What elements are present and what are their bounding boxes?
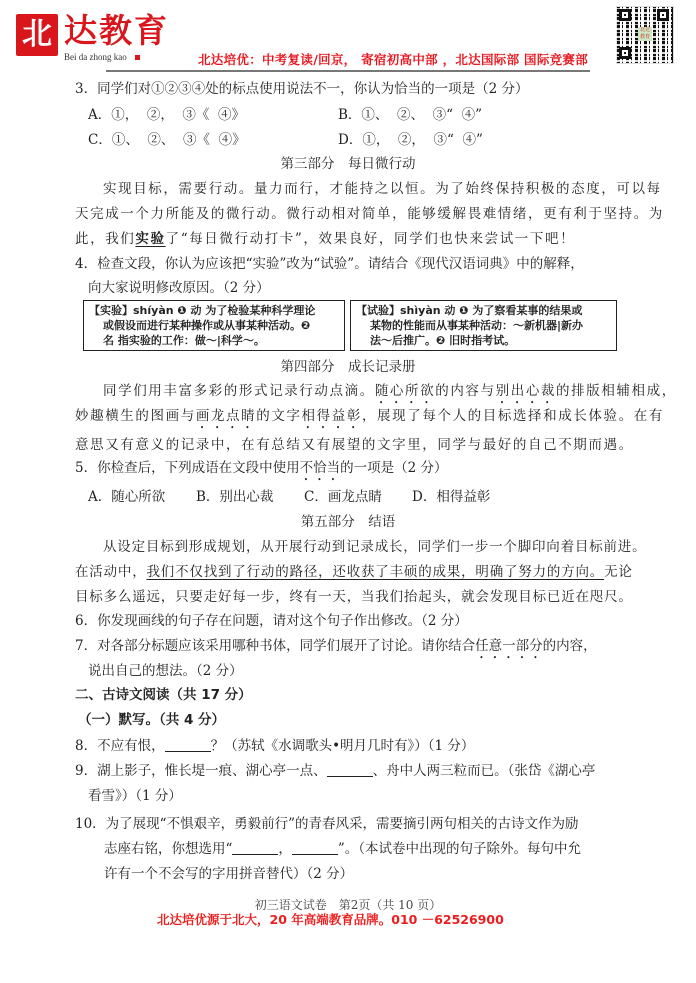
dotted-phrase: 不恰当 <box>300 460 341 476</box>
option-label: A． <box>88 107 111 123</box>
question-9-line: 看雪》）（1 分） <box>88 787 182 805</box>
part-3-para-line: 实现目标，需要行动。量力而行，才能持之以恒。为了始终保持积极的态度，可以每 <box>103 180 662 198</box>
answer-blank[interactable] <box>292 841 338 855</box>
q5-option-b: B．别出心裁 <box>196 488 304 506</box>
qr-finder-icon <box>619 9 631 21</box>
part-4-para-line: 同学们用丰富多彩的形式记录行动点滴。随心所欲的内容与别出心裁的排版相辅相成， <box>103 382 677 407</box>
text-segment: 的排版相辅相成， <box>556 383 677 399</box>
q5-options: A．随心所欲B．别出心裁C．画龙点睛D．相得益彰 <box>88 488 490 506</box>
question-10-line: 许有一个不会写的字用拼音替代）（2 分） <box>104 865 353 883</box>
question-7-line: 7．对各部分标题应该采用哪种书体，同学们展开了讨论。请你结合任意一部分的内容， <box>75 637 597 662</box>
logo-subtitle-text: Bei da zhong kao <box>64 52 127 62</box>
option-label: D． <box>412 489 436 505</box>
q3-option-d: D．①， ②， ③“ ④” <box>338 131 483 149</box>
dict-line: 【实验】shíyàn ❶ 动 为了检验某种科学理论 <box>89 303 339 318</box>
part-4-para-line: 妙趣横生的图画与画龙点睛的文字相得益彰，展现了每个人的目标选择和成长体验。在有 <box>75 407 664 432</box>
answer-blank[interactable] <box>232 841 278 855</box>
question-10-line: 10．为了展现“不惧艰辛，勇毅前行”的青春风采，需要摘引两句相关的古诗文作为励 <box>75 815 578 833</box>
part-4-title: 第四部分 成长记录册 <box>0 358 696 376</box>
question-8: 8．不应有恨，？（苏轼《水调歌头•明月几时有》）（1 分） <box>75 737 474 755</box>
brand-logo-subtitle: Bei da zhong kao <box>64 52 140 62</box>
option-text: ①、 ②、 ③“ ④” <box>361 107 482 123</box>
qr-finder-icon <box>619 47 631 59</box>
question-10-line: 志座右铭，你想选用“，”。（本试卷中出现的句子除外。每句中允 <box>104 840 581 858</box>
answer-blank[interactable] <box>165 738 211 752</box>
dotted-phrase: 任意一部分 <box>475 638 543 654</box>
dict-line: 【试验】shìyàn 动 ❶ 为了察看某事的结果或 <box>356 303 611 318</box>
part-3-para-line: 此，我们实验了“每日微行动打卡”，效果良好，同学们也快来尝试一下吧！ <box>75 230 575 248</box>
part-4-para-line: 意思又有意义的记录中，在有总结又有展望的文字里，同学与最好的自己不期而遇。 <box>75 436 634 454</box>
option-text: 相得益彰 <box>436 489 490 505</box>
brand-logo-mark: 北 <box>16 14 58 56</box>
option-text: ①， ②， ③“ ④” <box>362 132 483 148</box>
q3-option-a: A．①， ②， ③《 ④》 <box>88 106 245 124</box>
part-5-para-line: 在活动中，我们不仅找到了行动的路径，还收获了丰硕的成果，明确了努力的方向。无论 <box>75 563 633 581</box>
answer-blank[interactable] <box>327 763 373 777</box>
part-3-title: 第三部分 每日微行动 <box>0 155 696 173</box>
option-text: 画龙点睛 <box>328 489 382 505</box>
option-label: B． <box>196 489 219 505</box>
question-9-line: 9．湖上影子，惟长堤一痕、湖心亭一点、、舟中人两三粒而已。（张岱《湖心亭 <box>75 762 595 780</box>
dotted-idiom: 相得益彰 <box>302 408 362 424</box>
text-segment: 8．不应有恨， <box>75 738 165 754</box>
header-divider <box>106 70 590 72</box>
text-segment: 志座右铭，你想选用“ <box>104 841 232 857</box>
text-segment: 的内容与 <box>435 383 495 399</box>
option-text: 随心所欲 <box>111 489 165 505</box>
text-segment: 无论 <box>604 564 633 580</box>
option-label: A． <box>88 489 111 505</box>
option-label: D． <box>338 132 362 148</box>
part-5-title: 第五部分 结语 <box>0 513 696 531</box>
text-segment: ”。（本试卷中出现的句子除外。每句中允 <box>338 841 581 857</box>
option-label: B． <box>338 107 361 123</box>
text-segment: 的文字 <box>256 408 301 424</box>
text-segment: ， <box>278 841 292 857</box>
underlined-sentence: 我们不仅找到了行动的路径，还收获了丰硕的成果，明确了努力的方向。 <box>147 564 605 580</box>
text-segment: 5．你检查后，下列成语在文段中使用 <box>75 460 300 476</box>
section-2-subtitle: （一）默写。（共 4 分） <box>78 711 225 729</box>
footer-advertisement: 北达培优源于北大，20 年高端教育品牌。010 －62526900 <box>157 910 504 928</box>
part-5-para-line: 目标多么遥远，只要走好每一步，终有一天，当我们抬起头，就会发现目标已近在咫尺。 <box>75 588 633 606</box>
dictionary-entry-shiyan-experiment: 【实验】shíyàn ❶ 动 为了检验某种科学理论 或假设而进行某种操作或从事某… <box>83 300 345 351</box>
brand-logo-text: 达教育 <box>64 12 169 50</box>
qr-center-logo: 北达教育 <box>638 27 652 41</box>
section-2-title: 二、古诗文阅读（共 17 分） <box>75 686 252 704</box>
text-segment: ？（苏轼《水调歌头•明月几时有》）（1 分） <box>211 738 475 754</box>
option-text: ①、 ②、 ③《 ④》 <box>112 132 246 148</box>
text-segment: ，展现了每个人的目标选择和成长体验。在有 <box>362 408 664 424</box>
text-segment: 此，我们 <box>75 231 135 247</box>
q3-option-b: B．①、 ②、 ③“ ④” <box>338 106 482 124</box>
part-3-para-line: 天完成一个力所能及的微行动。微行动相对简单，能够缓解畏难情绪，更有利于坚持。为 <box>75 205 664 223</box>
text-segment: 了“每日微行动打卡”，效果良好，同学们也快来尝试一下吧！ <box>166 231 576 247</box>
part-5-para-line: 从设定目标到形成规划，从开展行动到记录成长，同学们一步一个脚印向着目标前进。 <box>103 538 646 556</box>
dotted-idiom: 画龙点睛 <box>196 408 256 424</box>
text-segment: 9．湖上影子，惟长堤一痕、湖心亭一点、 <box>75 763 327 779</box>
dict-line: 法～后推广。❷ 旧时指考试。 <box>356 333 611 348</box>
dict-line: 或假设而进行某种操作或从事某种活动。❷ <box>89 318 339 333</box>
question-4-line: 4．检查文段，你认为应该把“实验”改为“试验”。请结合《现代汉语词典》中的解释， <box>75 255 584 273</box>
dotted-idiom: 随心所欲 <box>375 383 435 399</box>
question-7-line: 说出自己的想法。（2 分） <box>88 662 243 680</box>
text-segment: 同学们用丰富多彩的形式记录行动点滴。 <box>103 383 375 399</box>
red-square-icon <box>135 55 140 60</box>
q3-option-c: C．①、 ②、 ③《 ④》 <box>88 131 246 149</box>
text-segment: 、舟中人两三粒而已。（张岱《湖心亭 <box>373 763 596 779</box>
question-6: 6．你发现画线的句子存在问题，请对这个句子作出修改。（2 分） <box>75 612 468 630</box>
question-5-stem: 5．你检查后，下列成语在文段中使用不恰当的一项是（2 分） <box>75 459 447 484</box>
question-4-line: 向大家说明修改原因。（2 分） <box>88 279 270 297</box>
dictionary-entry-shiyan-test: 【试验】shìyàn 动 ❶ 为了察看某事的结果或 某物的性能而从事某种活动：～… <box>350 300 617 351</box>
question-3-stem: 3．同学们对①②③④处的标点使用说法不一，你认为恰当的一项是（2 分） <box>75 80 528 98</box>
dotted-idiom: 别出心裁 <box>496 383 556 399</box>
dict-line: 名 指实验的工作：做～|科学～。 <box>89 333 339 348</box>
text-segment: 的一项是（2 分） <box>340 460 447 476</box>
dict-line: 某物的性能而从事某种活动：～新机器|新办 <box>356 318 611 333</box>
underlined-word: 实验 <box>135 231 165 247</box>
q5-option-a: A．随心所欲 <box>88 488 196 506</box>
option-text: 别出心裁 <box>219 489 273 505</box>
text-segment: 7．对各部分标题应该采用哪种书体，同学们展开了讨论。请你结合 <box>75 638 475 654</box>
option-label: C． <box>88 132 112 148</box>
qr-finder-icon <box>657 9 669 21</box>
header-slogan: 北达培优：中考复读/回京， 寄宿初高中部 ，北达国际部 国际竞赛部 <box>198 50 588 68</box>
q5-option-d: D．相得益彰 <box>412 488 490 506</box>
option-text: ①， ②， ③《 ④》 <box>111 107 245 123</box>
text-segment: 在活动中， <box>75 564 147 580</box>
q5-option-c: C．画龙点睛 <box>304 488 412 506</box>
text-segment: 的内容， <box>543 638 597 654</box>
text-segment: 妙趣横生的图画与 <box>75 408 196 424</box>
option-label: C． <box>304 489 328 505</box>
